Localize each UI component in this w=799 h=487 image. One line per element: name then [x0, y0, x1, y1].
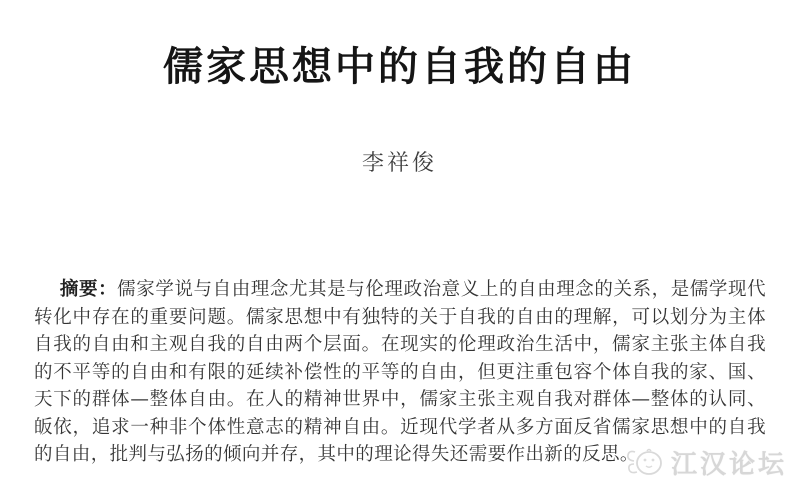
abstract-paragraph: 摘要：儒家学说与自由理念尤其是与伦理政治意义上的自由理念的关系，是儒学现代转化中…: [34, 276, 766, 469]
abstract-text: 儒家学说与自由理念尤其是与伦理政治意义上的自由理念的关系，是儒学现代转化中存在的…: [34, 279, 766, 465]
article-author: 李祥俊: [0, 146, 799, 177]
article-page: 儒家思想中的自我的自由 李祥俊 摘要：儒家学说与自由理念尤其是与伦理政治意义上的…: [0, 0, 799, 487]
jianghan-mascot-icon: [625, 446, 665, 480]
watermark-text: 江汉论坛: [671, 444, 787, 481]
article-title: 儒家思想中的自我的自由: [0, 0, 799, 90]
abstract-label: 摘要：: [60, 279, 117, 300]
watermark: 江汉论坛: [625, 444, 787, 481]
